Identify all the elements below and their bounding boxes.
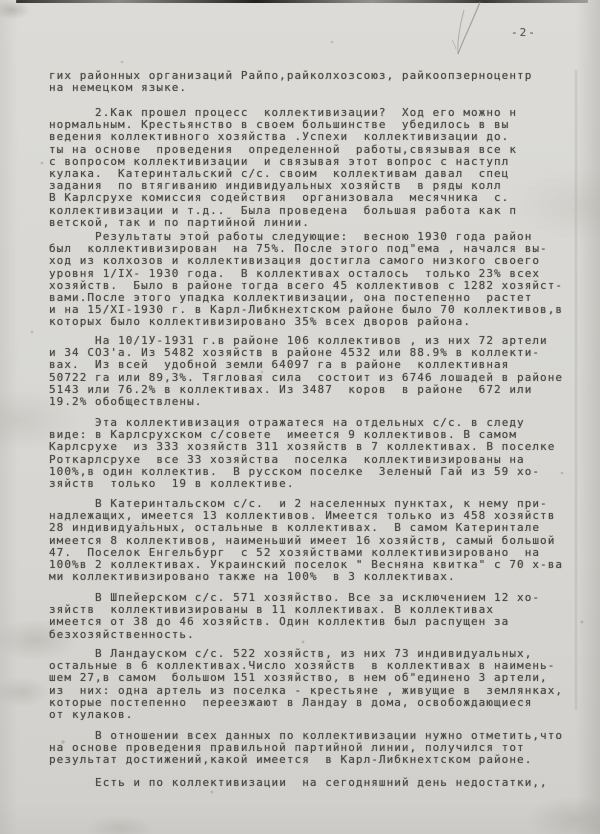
paragraph-3: Результаты этой работы следующие: весною… (49, 231, 595, 329)
paragraph-5: Эта коллективизация отражатеся на отдель… (49, 417, 595, 490)
paragraph-4: На 10/1У-1931 г.в районе 106 коллективов… (49, 335, 595, 408)
page-number: -2- (511, 26, 537, 39)
paragraph-2: 2.Как прошел процесс коллективизации? Хо… (49, 107, 595, 229)
paragraph-8: В Ландауском с/с. 522 хозяйств, из них 7… (49, 648, 595, 721)
paper-fold-line (575, 70, 577, 710)
scanned-document-page: -2- гих районных организаций Райпо,райко… (0, 0, 600, 834)
paragraph-6: В Катеринтальском с/с. и 2 населенных пу… (49, 498, 595, 583)
scan-edge-artifact (16, 0, 588, 3)
paragraph-9: В отношении всех данных по коллективизац… (49, 730, 595, 767)
paper-noise-specks (0, 0, 2, 2)
paragraph-7: В Шпейерском с/с. 571 хозяйство. Все за … (49, 592, 595, 641)
paragraph-10: Есть и по коллективизации на сегодняшний… (49, 777, 595, 789)
pencil-checkmark-icon (430, 0, 500, 70)
paragraph-1: гих районных организаций Райпо,райколхоз… (49, 70, 595, 94)
